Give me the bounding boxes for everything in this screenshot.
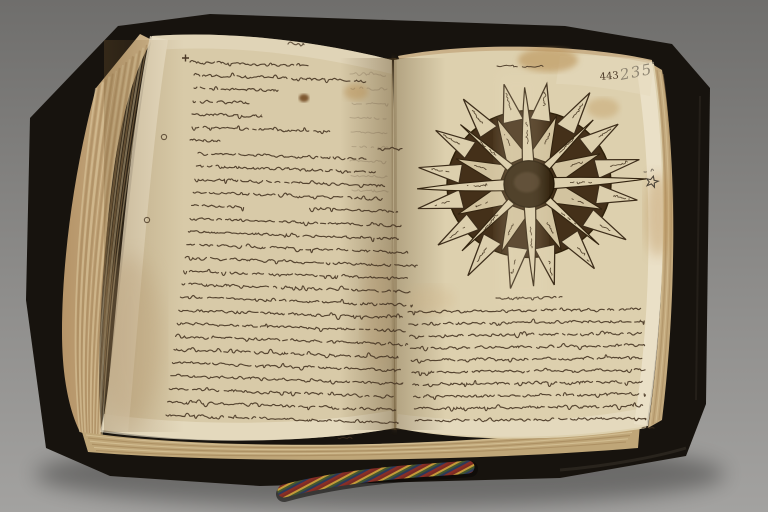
stain [645,173,671,257]
stain-spot [299,94,309,102]
manuscript-photo: 443 235 [0,0,768,512]
left-gutter-shading [340,58,396,430]
stain [405,286,455,314]
stain [344,84,368,100]
folio-number-ink: 443 [599,70,619,83]
stain [362,250,394,370]
stain [518,48,578,72]
stain [587,98,619,118]
water-stain-band [498,72,544,302]
stain [98,255,162,425]
scene-canvas: 443 235 [0,0,768,512]
